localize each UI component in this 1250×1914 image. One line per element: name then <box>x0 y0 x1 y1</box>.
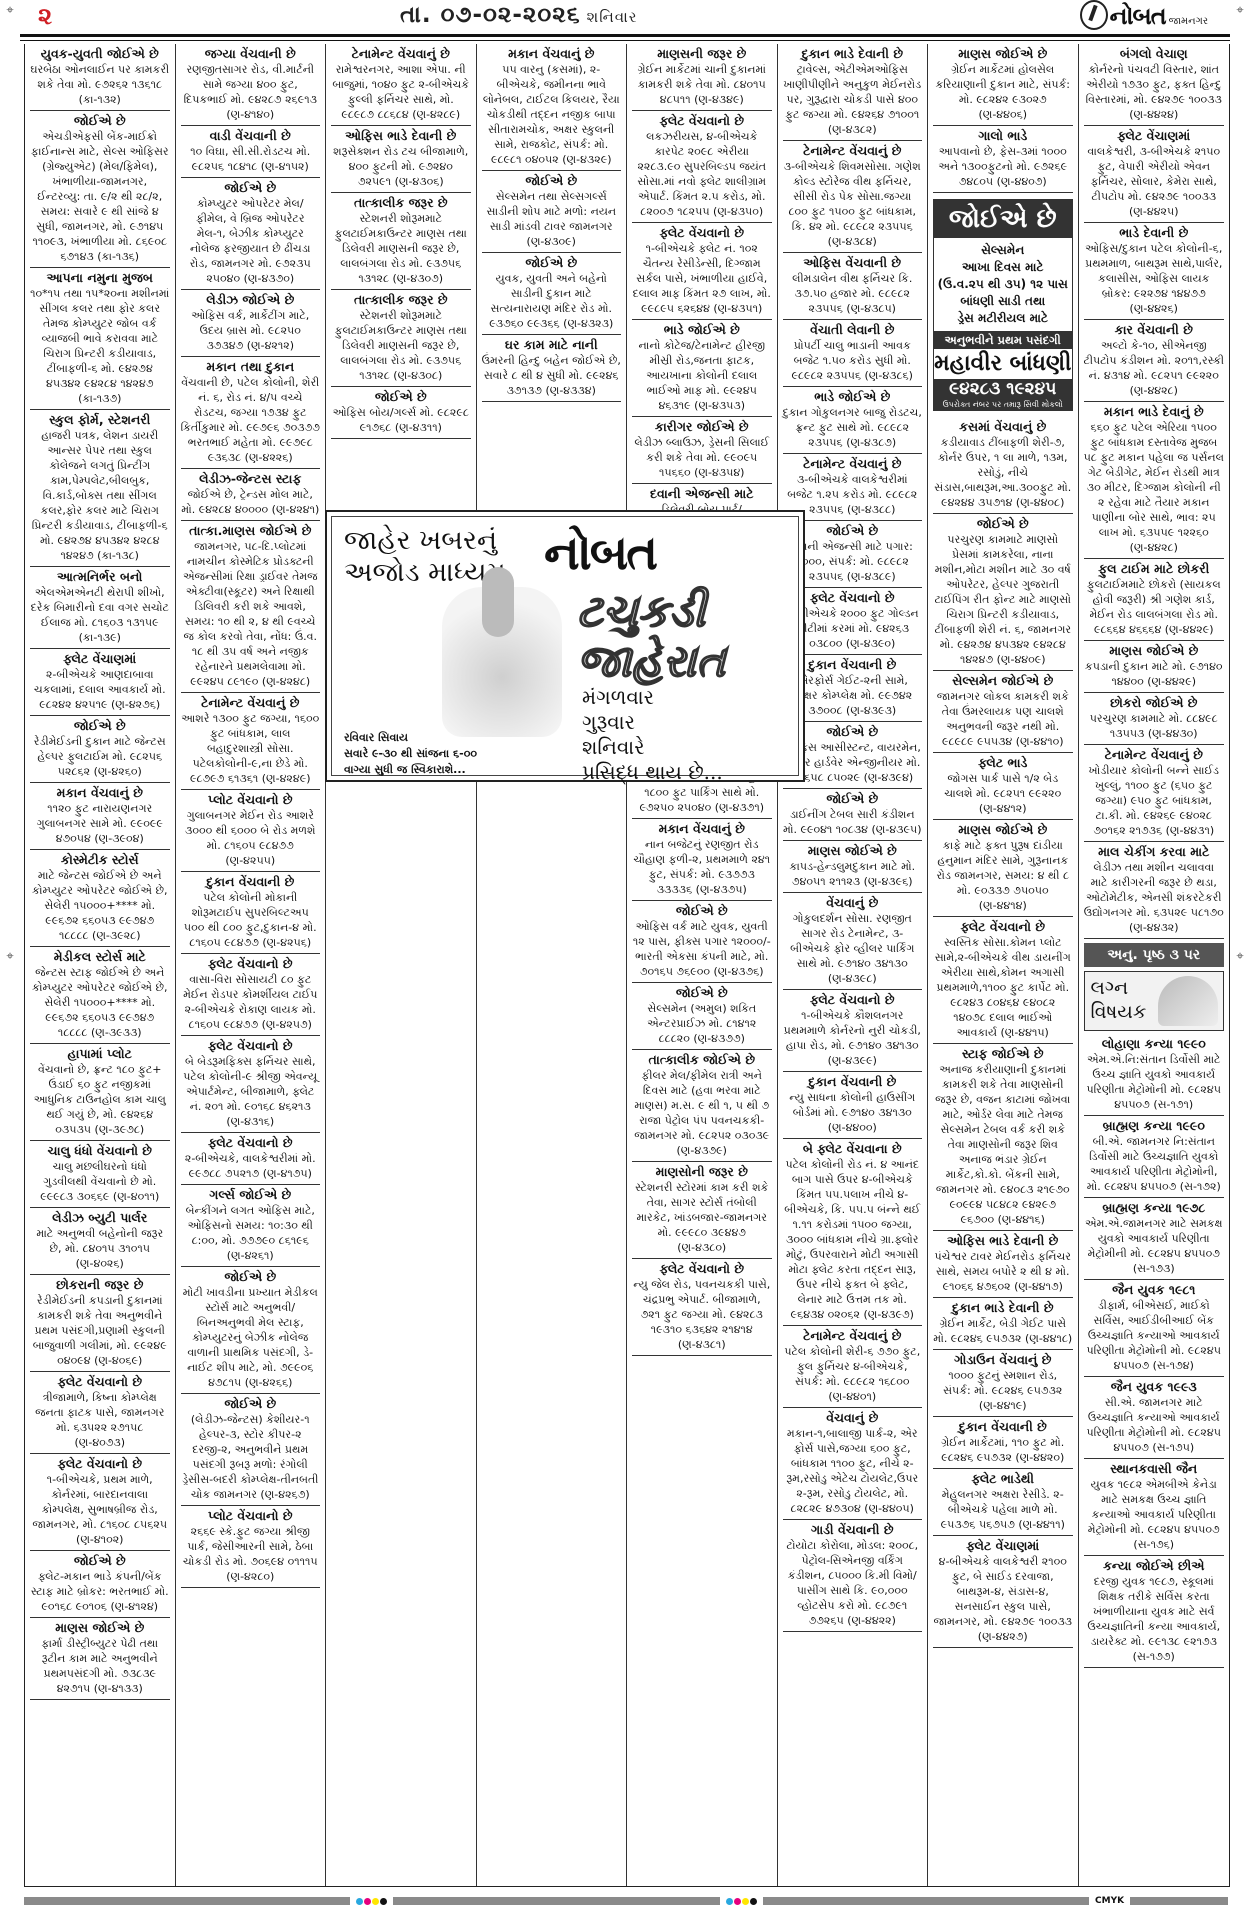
classified-ad: સેલ્સમેન જોઈએ છેજામનગર લોકલ કામકરી શકે ત… <box>933 671 1073 753</box>
classified-ad: જોઈએ છેફ્લેટ-મકાન ભાડે કંપની/બેંક સ્ટાફ … <box>30 1551 170 1618</box>
classified-ad: સ્ટાફ જોઈએ છેઅનાજ કરીયાણાની દુકાનમાં કામ… <box>933 1044 1073 1231</box>
promo-day: પ્રસિદ્ધ થાય છે... <box>582 760 723 785</box>
ad-body: પરચુરણ કામમાટે મો. ૮૮૪૯૮ ૧૩૫૫૩ (ણ-૪૪૩૦) <box>1084 711 1225 741</box>
classified-ad: માણસ જોઈએ છેફાર્મા ડીસ્ટ્રીબ્યુટર પેઢી ત… <box>30 1618 170 1700</box>
ad-title: ફ્લેટ વેંચવાનો છે <box>632 113 772 129</box>
ad-title: વાડી વેંચવાની છે <box>181 128 321 144</box>
ad-title: ફુલ ટાઈમ માટે છોકરી <box>1084 561 1225 577</box>
classified-ad: સ્કુલ ફોર્મ, સ્ટેશનરીહાજરી પત્રક, લેશન ડ… <box>30 410 170 567</box>
classified-ad: ચાલુ ધંધો વેંચવાનો છેચાલુ મછલીઘરનો ધંધો … <box>30 1141 170 1208</box>
box-ad-line: બાંધણી સાડી તથા <box>936 293 1070 310</box>
classified-ad: પ્લોટ વેંચવાનો છેગુલાબનગર મેઈન રોડ આશરે … <box>181 790 321 872</box>
page-number: ૨ <box>38 2 52 30</box>
classified-ad: ટેનામેન્ટ વેંચવાનું છેઆશરે ૧૩૦૦ ફુટ જગ્ય… <box>181 693 321 790</box>
ad-title: ઘર કામ માટે નાની <box>482 337 622 353</box>
ad-body: લેડીઝ બ્લાઉઝ, ડ્રેસની સિલાઈ કરી શકે તેવા… <box>632 435 772 480</box>
classified-ad: માણસ જોઈએ છેકાપડ-હેન્ડલુમદુકાન માટે મો. … <box>783 841 923 893</box>
ad-body: ૧૦૦૦ ફુટનું સ્મશાન રોડ, સંપર્ક: મો. ૯૮૨૪… <box>933 1368 1073 1413</box>
classified-ad: મકાન વેંચવાનું છે૧૧૨૦ ફુટ નારાયણનગર ગુલા… <box>30 783 170 850</box>
ad-body: નાનો કોટેજ/ટેનામેન્ટ હીરજી મીસ્રી રોડ,જન… <box>632 338 772 413</box>
ad-title: ગાડી વેંચવાની છે <box>783 1522 923 1538</box>
ad-title: વેંચવાનું છે <box>783 895 923 911</box>
ad-body: પટેલ કોલોની શેરી-૬ ૭૭૦ ફુટ, ફુલ ફુર્નિચર… <box>783 1344 923 1404</box>
color-bar-segment <box>1130 1897 1228 1905</box>
ad-body: કોમ્પ્યુટર ઓપરેટર મેલ/ ફીમેલ, વે બ્રિજ ઓ… <box>181 196 321 286</box>
ad-body: યુવક, યુવતી અને બહેનો સાડીની દુકાન માટે … <box>482 271 622 331</box>
ad-title: બે ફ્લેટ વેંચવાના છે <box>783 1141 923 1157</box>
classified-ad: ઘર કામ માટે નાનીઉંમરની હિન્દુ બહેન જોઈએ … <box>482 335 622 402</box>
ad-title: તાત્કાલીક જરૂર છે <box>331 292 471 308</box>
classified-ad: કન્યા જોઈએ છીએદરજી યુવક ૧૯૮૭, સ્કૂલમાં શ… <box>1084 1556 1225 1668</box>
box-ad-heading: જોઈએ છે <box>934 200 1072 238</box>
classified-ad: ઓફિસ ભાડે દેવાની છેપંચેશ્વર ટાવર મેઈનરોડ… <box>933 1231 1073 1298</box>
cmyk-dots-icon <box>356 1898 387 1905</box>
ad-title: જોઈએ છે <box>783 791 923 807</box>
ad-body: કોર્નરનો પંચવટી વિસ્તાર, શાંત એરીયો ૧૭૩૦… <box>1084 62 1225 122</box>
ad-body: સેલ્સમેન તથા સેલ્સગર્લ્સ સાડીની શોપ માટે… <box>482 189 622 249</box>
ad-body: ફુલટાઈમમાટે છોકરો (સાયકલ હોવી જરૂરી) શ્ર… <box>1084 577 1225 637</box>
ad-body: હાજરી પત્રક, લેશન ડાયરી આન્સર પેપર તથા સ… <box>30 428 170 563</box>
thumbs-up-icon <box>442 587 562 737</box>
classified-ad: મકાન વેંચવાનું છેનાન બજેટનું રણજીત રોડ ચ… <box>632 819 772 901</box>
ad-body: ટ્રાવેલ્સ, એટીએમઓફિસ ખાણીપીણીને અનુકુળ મ… <box>783 62 923 137</box>
ad-body: એચડીએફસી બેંક-માઈક્રો ફાઈનાન્સ માટે, સેલ… <box>30 129 170 264</box>
ad-body: ઘરબેઠા ઓનલાઈન પર કામકરી શકે તેવા મો. ૯૭૨… <box>30 62 170 107</box>
ad-title: જોઈએ છે <box>30 718 170 734</box>
ad-title: ફ્લેટ વેંચાણમાં <box>1084 128 1225 144</box>
ad-title: મકાન વેંચવાનું છે <box>482 46 622 62</box>
classified-ad: જોઈએ છેઓફિસ બોય/ગર્લ્સ મો. ૯૮૨૯૮ ૯૧૭૬૮ (… <box>331 387 471 439</box>
classified-ad: માણસોની જરૂર છેસ્ટેશનરી સ્ટોરમાં કામ કરી… <box>632 1162 772 1259</box>
ad-body: ખોડીયાર કોલોની બન્ને સાઈડ ખુલ્લું, ૧૧૦૦ … <box>1084 763 1225 838</box>
ad-body: ૧૧૨૦ ફુટ નારાયણનગર ગુલાબનગર સામે મો. ૯૯૦… <box>30 801 170 846</box>
ad-body: ડાઈનીંગ ટેબલ સારી કંડીશન મો. ૯૯૦૪૧ ૧૦૮૩૪… <box>783 807 923 837</box>
classified-ad: હાપામાં પ્લોટવેંચવાનો છે, ફ્રન્ટ ૧૮૦ ફુટ… <box>30 1044 170 1141</box>
ad-body: વેંચવાનો છે, ફ્રન્ટ ૧૮૦ ફુટ+ ઉંડાઈ ૬૦ ફુ… <box>30 1062 170 1137</box>
ad-body: ૨-બીએચકે, વાલકેશ્વરીમાં મો. ૯૯૭૮૮ ૭૫૨૧૭ … <box>181 1151 321 1181</box>
ad-body: મકાન-૧,બાલાજી પાર્ક-૨, એર ફોર્સ પાસે,જગ્… <box>783 1426 923 1516</box>
classified-ad: તાત્કાલીક જોઈએ છેફીલર મેલ/ફીમેલ રાત્રી અ… <box>632 1050 772 1162</box>
banner-line: લગ્ન <box>1091 976 1147 1000</box>
ad-title: જોઈએ છે <box>181 180 321 196</box>
ad-title: ફ્લેટ વેંચવાનો છે <box>30 1374 170 1390</box>
promo-note-line: રવિવાર સિવાય <box>344 730 477 746</box>
ad-body: અનાજ કરીયાણાની દુકાનમાં કામકરી શકે તેવા … <box>933 1062 1073 1227</box>
ad-title: ફ્લેટ વેંચવાનો છે <box>30 1456 170 1472</box>
classified-ad: આત્મનિર્ભર બનોએલએમએનટી થેરાપી શીખો, દરેક… <box>30 567 170 649</box>
ad-title: માણસ જોઈએ છે <box>30 1620 170 1636</box>
ad-body: જોઈએ છે, ટ્રેન્ડસ મોલ માટે, મો. ૯૪૨૮૪ ૪૦… <box>181 487 321 517</box>
ad-title: લોહાણા કન્યા ૧૯૯૦ <box>1084 1036 1225 1052</box>
ad-body: સ્વસ્તિક સોસા.કોમન પ્લોટ સામે,૨-બીએચકે વ… <box>933 935 1073 1040</box>
ad-body: ૫૫ વારનુ (કસમાં), ૨-બીએચકે, જમીનના ભાવે … <box>482 62 622 167</box>
registration-mark-icon: ⌖ <box>3 4 17 18</box>
ad-body: ફીલર મેલ/ફીમેલ રાત્રી અને દિવસ માટે (હવા… <box>632 1068 772 1158</box>
classified-ad: ભાડે જોઈએ છેદુકાન ગોકુલનગર બાજુ રોડટચ, ફ… <box>783 387 923 454</box>
ad-body: ૩-બીએચકે શિવમસોસા. ગણેશ કોલ્ડ સ્ટોરેજ વી… <box>783 159 923 249</box>
weekday: શનિવાર <box>587 8 638 26</box>
promo-day: મંગળવાર <box>582 685 723 710</box>
classified-ad: લેડીઝ બ્યુટી પાર્લરમાટે અનુભવી બહેનોની જ… <box>30 1208 170 1275</box>
ad-body: પંચેશ્વર ટાવર મેઈનરોડ ફર્નિચર સાથે, સમય … <box>933 1249 1073 1294</box>
ad-body: ૧-બીએચકે, પ્રથમ માળે, કોર્નરમાં, બારદાનવ… <box>30 1472 170 1547</box>
column-5: માણસની જરૂર છેગ્રેઈન માર્કેટમાં ચાની દુક… <box>627 44 778 1886</box>
ad-body: પરચુરણ કામમાટે માણસો પ્રેસમાં કામકરેલા, … <box>933 532 1073 667</box>
ad-body: ૧-બીએચકે ફ્લેટ નં. ૧૦૨ ચૈતન્ય રેસીડેન્સી… <box>632 241 772 316</box>
ad-body: ન્યુ સાધના કોલોની હાઉસીંગ બોર્ડમાં મો. ૯… <box>783 1090 923 1135</box>
classified-ad: ફ્લેટ વેંચવાનો છેન્યુ જેલ રોડ, પવનચકકી પ… <box>632 1259 772 1356</box>
ad-title: જોઈએ છે <box>482 255 622 271</box>
classified-ad: દુકાન વેંચવાની છેન્યુ સાધના કોલોની હાઉસી… <box>783 1072 923 1139</box>
ad-body: કડીયાવાડ ટીંબાફળી શેરી-૭, કોર્નર ઉપર, ૧ … <box>933 435 1073 510</box>
ad-title: તાત્કાલીક જોઈએ છે <box>632 1052 772 1068</box>
classified-ad: માલ ચેકીંગ કરવા માટેલેડીઝ તથા મશીન ચલાવવ… <box>1084 842 1225 939</box>
classified-ad: જોઈએ છેએચડીએફસી બેંક-માઈક્રો ફાઈનાન્સ મા… <box>30 111 170 268</box>
ad-title: કાર વેંચવાની છે <box>1084 322 1225 338</box>
classified-ad: ફ્લેટ વેંચવાનો છેબે બેડરૂમફિક્સ ફર્નિચર … <box>181 1036 321 1133</box>
cmyk-label: CMYK <box>1095 1896 1124 1906</box>
box-ad-line: આખા દિવસ માટે <box>936 259 1070 276</box>
classified-ad: જોઈએ છેકોમ્પ્યુટર ઓપરેટર મેલ/ ફીમેલ, વે … <box>181 178 321 290</box>
classified-ad: ટેનામેન્ટ વેંચવાનું છેરામેશ્વરનગર, આશા એ… <box>331 44 471 126</box>
registration-mark-icon: ⌖ <box>1233 4 1247 18</box>
promo-day: ગુરૂવાર <box>582 710 723 735</box>
ad-body: બી.એ. જામનગર નિ:સંતાન ડિર્વોસી માટે ઉચ્ચ… <box>1084 1134 1225 1194</box>
ad-title: ટેનામેન્ટ વેંચવાનું છે <box>783 456 923 472</box>
ad-title: ફ્લેટ ભાડેથી <box>933 1471 1073 1487</box>
ad-body: દુકાન ગોકુલનગર બાજુ રોડટચ, ફ્રન્ટ ફુટ સા… <box>783 405 923 450</box>
classified-ad: લેડીઝ જોઈએ છેઓફિસ વર્ક, માર્કેટીંગ માટે,… <box>181 290 321 357</box>
ad-body: દરજી યુવક ૧૯૮૭, સ્કૂલમાં શિક્ષક તરીકે સર… <box>1084 1574 1225 1664</box>
ad-title: ભાડે દેવાની છે <box>1084 225 1225 241</box>
ad-body: જામનગર લોકલ કામકરી શકે તેવા ઉંમરલાયક પણ … <box>933 689 1073 749</box>
ad-title: પ્લોટ વેંચવાનો છે <box>181 1508 321 1524</box>
ad-title: કારીગર જોઈએ છે <box>632 419 772 435</box>
box-ad-line: સેલ્સમેન <box>936 242 1070 259</box>
ad-title: કસમાં વેંચવાનું છે <box>933 419 1073 435</box>
ad-title: જોઈએ છે <box>181 1396 321 1412</box>
promo-title: ટચુકડીજાહેરાત <box>577 587 725 687</box>
ad-title: ચાલુ ધંધો વેંચવાનો છે <box>30 1143 170 1159</box>
ad-body: કાફે માટે ફક્ત પુરૂષ દાંડીયા હનુમાન મંદિ… <box>933 838 1073 913</box>
ad-title: ઓફિસ ભાડે દેવાની છે <box>331 128 471 144</box>
classified-ad: જોઈએ છેમોટી ખાવડીના પ્રખ્યાત મેડીકલ સ્ટો… <box>181 1267 321 1394</box>
ad-title: જોઈએ છે <box>632 985 772 1001</box>
ad-body: ગ્રેઈન માર્કેટમાં ચાની દુકાનમાં કામકરી શ… <box>632 62 772 107</box>
ad-title: ફ્લેટ વેંચવાનો છે <box>632 1261 772 1277</box>
ad-title: ગર્લ્સ જોઈએ છે <box>181 1187 321 1203</box>
ad-title: લેડીઝ-જેન્ટસ સ્ટાફ <box>181 471 321 487</box>
ad-body: ગોકુલદર્શન સોસા. રણજીત સાગર રોડ ટેનામેન્… <box>783 911 923 986</box>
ad-body: પ્રોપર્ટી ચાલુ ભાડાની આવક બજેટ ૧.૫૦ કરોડ… <box>783 338 923 383</box>
ad-title: જોઈએ છે <box>181 1269 321 1285</box>
ad-body: વાસા-વિરા સોસાયટી ૮૦ ફુટ મેઈન રોડપર કોમર… <box>181 972 321 1032</box>
newspaper-logo: નોબત જામનગર <box>1080 0 1208 30</box>
ad-title: સ્થાનકવાસી જૈન <box>1084 1461 1225 1477</box>
classified-ad: જોઈએ છેસેલ્સમેન (અમુલ) શકિત એન્ટરપ્રાઈઝ … <box>632 983 772 1050</box>
box-ad-line: ડ્રેસ મટીરીયલ માટે <box>936 310 1070 327</box>
classified-ad: બ્રાહ્મણ કન્યા ૧૯૯૦બી.એ. જામનગર નિ:સંતાન… <box>1084 1116 1225 1198</box>
ad-title: તાત્કા.માણસ જોઈએ છે <box>181 523 321 539</box>
classified-ad: દુકાન ભાડે દેવાની છેટ્રાવેલ્સ, એટીએમઓફિસ… <box>783 44 923 141</box>
ad-title: બ્રાહ્મણ કન્યા ૧૯૯૦ <box>1084 1118 1225 1134</box>
classified-ad: તાત્કાલીક જરૂર છેસ્ટેશનરી શોરૂમમાટે ફુલટ… <box>331 193 471 290</box>
ad-title: ભાડે જોઈએ છે <box>783 389 923 405</box>
ad-title: ફ્લેટ વેંચવાનો છે <box>632 225 772 241</box>
classified-ad: છોકરાની જરૂર છેરેડીમેઈડની કપડાની દુકાનમા… <box>30 1275 170 1372</box>
ad-body: બેન્કીંગને લગત ઓફિસ માટે, ઓફિસનો સમય: ૧૦… <box>181 1203 321 1263</box>
ad-body: ન્યુ જેલ રોડ, પવનચકકી પાસે, ચંદ્રપ્રભુ એ… <box>632 1277 772 1352</box>
classifieds-grid: યુવક-યુવતી જોઈએ છેઘરબેઠા ઓનલાઈન પર કામકર… <box>24 44 1230 1887</box>
promo-title-line: જાહેરાત <box>577 637 725 687</box>
column-4: મકાન વેંચવાનું છે૫૫ વારનુ (કસમાં), ૨-બીએ… <box>477 44 628 1886</box>
ad-title: સ્કુલ ફોર્મ, સ્ટેશનરી <box>30 412 170 428</box>
ad-title: જૈન યુવક ૧૯૮૧ <box>1084 1282 1225 1298</box>
ad-body: ગ્રેઈન માર્કેટમાં હોલસેલ કરિયાણાની દુકાન… <box>933 62 1073 122</box>
ad-title: માણસ જોઈએ છે <box>933 46 1073 62</box>
ad-body: રેડીમેઈડની કપડાની દુકાનમાં કામકરી શકે તે… <box>30 1293 170 1368</box>
classified-ad: ભાડે દેવાની છેઓફિસ/દુકાન પટેલ કોલોની-૬, … <box>1084 223 1225 320</box>
ad-body: ૬૬૦ ફુટ પટેલ એરિયા ૧૫૦૦ ફુટ બાંધકામ દસ્ત… <box>1084 420 1225 555</box>
ad-title: દુકાન વેંચવાની છે <box>933 1419 1073 1435</box>
classified-ad: વેંચવાનું છેમકાન-૧,બાલાજી પાર્ક-૨, એર ફો… <box>783 1408 923 1520</box>
column-7-top-ads: માણસ જોઈએ છેગ્રેઈન માર્કેટમાં હોલસેલ કરિ… <box>933 44 1073 193</box>
classified-ad: ગાડી વેંચવાની છેટોયોટા કોરોલા, મોડલ: ૨૦૦… <box>783 1520 923 1632</box>
classified-ad: માણસ જોઈએ છેકાફે માટે ફક્ત પુરૂષ દાંડીયા… <box>933 820 1073 917</box>
classified-ad: ફ્લેટ વેંચવાનો છેસ્વસ્તિક સોસા.કોમન પ્લો… <box>933 917 1073 1044</box>
ad-body: ઓફિસ વર્ક માટે યુવક, યુવતી ૧૨ પાસ, ફીક્સ… <box>632 919 772 979</box>
ad-body: એમ.એ.જામનગર માટે સમકક્ષ યુવકો આવકાર્ય પર… <box>1084 1216 1225 1276</box>
ad-body: સી.એ. જામનગર માટે ઉચ્ચજ્ઞાતિ કન્યાઓ આવકા… <box>1084 1395 1225 1455</box>
ad-title: મેડીકલ સ્ટોર્સ માટે <box>30 949 170 965</box>
ad-title: વેંચવાનું છે <box>783 1410 923 1426</box>
ad-body: (લેડીઝ-જેન્ટસ) કેશીયર-૧ હેલ્પર-૩, સ્ટોર … <box>181 1412 321 1502</box>
promo-day: શનિવારે <box>582 735 723 760</box>
classified-ad: પ્લોટ વેંચવાનો છે૨૬૬૯ સ્કે.ફુટ જગ્યા શ્ર… <box>181 1506 321 1588</box>
ad-title: માણસની જરૂર છે <box>632 46 772 62</box>
classified-ad: દુકાન વેંચવાની છેગ્રેઈન માર્કેટમાં, ૧૧૦ … <box>933 1417 1073 1469</box>
print-color-bar: CMYK <box>24 1896 1228 1906</box>
ad-title: દુકાન ભાડે દેવાની છે <box>783 46 923 62</box>
classified-ad: ફ્લેટ વેંચવાનો છે૧-બીએચકે ફ્લેટ નં. ૧૦૨ … <box>632 223 772 320</box>
color-bar-segment <box>763 1897 1089 1905</box>
column-3: ટેનામેન્ટ વેંચવાનું છેરામેશ્વરનગર, આશા એ… <box>326 44 477 1886</box>
ad-title: યુવક-યુવતી જોઈએ છે <box>30 46 170 62</box>
ad-body: સ્ટેશનરી શોરૂમમાટે ફુલટાઈમકાઉન્ટર માણસ ત… <box>331 308 471 383</box>
classified-ad: બે ફ્લેટ વેંચવાના છેપટેલ કોલોની રોડ નં. … <box>783 1139 923 1326</box>
ad-body: શરૂસેક્શન રોડ ટચ બીજામાળે, ૪૦૦ ફુટની મો.… <box>331 144 471 189</box>
ad-title: આપના નમુના મુજબ <box>30 270 170 286</box>
header-rule <box>20 34 1230 37</box>
ad-title: મકાન તથા દુકાન <box>181 359 321 375</box>
classified-ad: ગર્લ્સ જોઈએ છેબેન્કીંગને લગત ઓફિસ માટે, … <box>181 1185 321 1267</box>
classified-ad: સ્થાનકવાસી જૈનયુવક ૧૯૮૨ એમબીએ કેનેડા માટ… <box>1084 1459 1225 1556</box>
classified-ad: ટેનામેન્ટ વેંચવાનું છેખોડીયાર કોલોની બન્… <box>1084 745 1225 842</box>
promo-box-tuchkdi-jaherat: જાહેર ખબરનુંઅજોડ માધ્યમ નોબત ટચુકડીજાહેર… <box>325 510 805 782</box>
ad-body: ઓફિસ/દુકાન પટેલ કોલોની-૬, પ્રથમમાળ, બાથર… <box>1084 241 1225 316</box>
column-1: યુવક-યુવતી જોઈએ છેઘરબેઠા ઓનલાઈન પર કામકર… <box>25 44 176 1886</box>
classified-ad: બ્રાહ્મણ કન્યા ૧૯૭૮એમ.એ.જામનગર માટે સમકક… <box>1084 1198 1225 1280</box>
classified-ad: ભાડે જોઈએ છેનાનો કોટેજ/ટેનામેન્ટ હીરજી મ… <box>632 320 772 417</box>
classified-ad: છોકરો જોઈએ છેપરચુરણ કામમાટે મો. ૮૮૪૯૮ ૧૩… <box>1084 693 1225 745</box>
classified-ad: મકાન વેંચવાનું છે૫૫ વારનુ (કસમાં), ૨-બીએ… <box>482 44 622 171</box>
classified-ad: વેંચવાનું છેગોકુલદર્શન સોસા. રણજીત સાગર … <box>783 893 923 990</box>
ad-body: મોટી ખાવડીના પ્રખ્યાત મેડીકલ સ્ટોર્સ માટ… <box>181 1285 321 1390</box>
couple-illustration-icon <box>1158 976 1218 1026</box>
classified-ad: ગાલો ભાડેઆપવાનો છે, ફેસ-૩માં ૧૦૦૦ અને ૧૩… <box>933 126 1073 193</box>
ad-title: ફ્લેટ વેંચવાનો છે <box>181 1135 321 1151</box>
ad-title: કન્યા જોઈએ છીએ <box>1084 1558 1225 1574</box>
date: તા. ૦૭-૦૨-૨૦૨૬ <box>400 2 581 28</box>
ad-title: ફ્લેટ વેંચવાનો છે <box>933 919 1073 935</box>
box-ad-phone: ૯૪૨૮૩ ૧૯૨૪૫ <box>934 379 1072 399</box>
classified-ad: ઓફિસ ભાડે દેવાની છેશરૂસેક્શન રોડ ટચ બીજા… <box>331 126 471 193</box>
ad-body: કપડાની દુકાન માટે મો. ૯૭૧૪૦ ૧૪૪૦૦ (ણ-૪૪૨… <box>1084 659 1225 689</box>
ad-body: ચાલુ મછલીઘરનો ધંધો ગુડવીલથી વેંચવાનો છે … <box>30 1159 170 1204</box>
ad-title: લેડીઝ બ્યુટી પાર્લર <box>30 1210 170 1226</box>
ad-body: સેલ્સમેન (અમુલ) શકિત એન્ટરપ્રાઈઝ મો. ૮૧૪… <box>632 1001 772 1046</box>
column-7: માણસ જોઈએ છેગ્રેઈન માર્કેટમાં હોલસેલ કરિ… <box>928 44 1079 1886</box>
ad-title: જોઈએ છે <box>482 173 622 189</box>
classified-ad: વાડી વેંચવાની છે૧૦ વિઘા, સી.સી.રોડટચ મો.… <box>181 126 321 178</box>
header-rule-thin <box>20 40 1230 41</box>
ad-body: નાન બજેટનું રણજીત રોડ ચૌહાણ ફળી-૨, પ્રથમ… <box>632 837 772 897</box>
classified-ad: લેડીઝ-જેન્ટસ સ્ટાફજોઈએ છે, ટ્રેન્ડસ મોલ … <box>181 469 321 521</box>
column-7-ads: કસમાં વેંચવાનું છેકડીયાવાડ ટીંબાફળી શેરી… <box>933 417 1073 1648</box>
ad-title: કોસ્મેટીક સ્ટોર્સ <box>30 852 170 868</box>
ad-body: ગુલાબનગર મેઈન રોડ આશરે ૩૦૦૦ થી ૬૦૦૦ બે ર… <box>181 808 321 868</box>
ad-title: ટેનામેન્ટ વેંચવાનું છે <box>331 46 471 62</box>
ad-body: ૧૦*૧૫ તથા ૧૫*૨૦ના મશીનમાં સીંગલ કલર તથા … <box>30 286 170 406</box>
ad-body: ૧-બીએચકે કૌશલનગર પ્રથમમાળે કોર્નરનો નુરી… <box>783 1008 923 1068</box>
column-8: બંગલો વેચાણકોર્નરનો પંચવટી વિસ્તાર, શાંત… <box>1079 44 1230 1886</box>
ad-title: મકાન વેંચવાનું છે <box>30 785 170 801</box>
ad-title: ફ્લેટ વેંચાણમાં <box>933 1538 1073 1554</box>
color-bar-segment <box>393 1897 719 1905</box>
ad-title: ટેનામેન્ટ વેંચવાનું છે <box>783 143 923 159</box>
classified-ad: ફ્લેટ વેંચવાનો છે૧-બીએચકે કૌશલનગર પ્રથમમ… <box>783 990 923 1072</box>
registration-mark-icon: ⌖ <box>3 950 17 964</box>
drummer-logo-icon <box>1080 0 1108 30</box>
classified-ad: બંગલો વેચાણકોર્નરનો પંચવટી વિસ્તાર, શાંત… <box>1084 44 1225 126</box>
ad-title: ગોડાઉન વેંચવાનું છે <box>933 1352 1073 1368</box>
ad-title: લેડીઝ જોઈએ છે <box>181 292 321 308</box>
ad-title: ભાડે જોઈએ છે <box>632 322 772 338</box>
classified-ad: ફ્લેટ વેંચાણમાંવાલકેશ્વરી, ૩-બીએચકે ૨૧૫૦… <box>1084 126 1225 223</box>
ad-body: લકઝરીયસ, ૪-બીએચકે કારપેટ ૨૦૯૮ એરીયા ૨૨૮૩… <box>632 129 772 219</box>
classified-ad: ફ્લેટ વેંચવાનો છે૧-બીએચકે, પ્રથમ માળે, ક… <box>30 1454 170 1551</box>
page-header: ૨ તા. ૦૭-૦૨-૨૦૨૬શનિવાર નોબત જામનગર <box>38 0 1228 34</box>
classified-ad: આપના નમુના મુજબ૧૦*૧૫ તથા ૧૫*૨૦ના મશીનમાં… <box>30 268 170 410</box>
ad-title: સ્ટાફ જોઈએ છે <box>933 1046 1073 1062</box>
classified-ad: ફ્લેટ વેંચાણમાં૨-બીએચકે આણદાબાવા ચકલામાં… <box>30 649 170 716</box>
registration-mark-icon: ⌖ <box>1233 950 1247 964</box>
classified-ad: લોહાણા કન્યા ૧૯૯૦એમ.એ.નિ:સંતાન ડિર્વોસી … <box>1084 1034 1225 1116</box>
classified-ad: ગોડાઉન વેંચવાનું છે૧૦૦૦ ફુટનું સ્મશાન રો… <box>933 1350 1073 1417</box>
ad-title: હાપામાં પ્લોટ <box>30 1046 170 1062</box>
ad-title: માણસોની જરૂર છે <box>632 1164 772 1180</box>
ad-title: પ્લોટ વેંચવાનો છે <box>181 792 321 808</box>
ad-body: ૨-બીએચકે આણદાબાવા ચકલામાં, દલાલ આવકાર્ય … <box>30 667 170 712</box>
promo-note-line: વાગ્યા સુધી જ સ્વિકારાશે... <box>344 762 477 778</box>
classified-ad: ફ્લેટ વેંચવાનો છેત્રીજામાળે, કિષ્ના કોમ્… <box>30 1372 170 1454</box>
classified-ad: માણસ જોઈએ છેકપડાની દુકાન માટે મો. ૯૭૧૪૦ … <box>1084 641 1225 693</box>
ad-title: ઓફિસ ભાડે દેવાની છે <box>933 1233 1073 1249</box>
classified-ad: કોસ્મેટીક સ્ટોર્સમાટે જેન્ટસ જોઈએ છે અને… <box>30 850 170 947</box>
ad-title: ફ્લેટ વેંચવાનો છે <box>783 992 923 1008</box>
ad-body: સ્ટેશનરી શોરૂમમાટે ફુલટાઈમકાઉન્ટર માણસ ત… <box>331 211 471 286</box>
promo-note: રવિવાર સિવાય સવારે ૯-૩૦ થી સાંજના ૬-૦૦ વ… <box>344 730 477 778</box>
ad-body: આપવાનો છે, ફેસ-૩માં ૧૦૦૦ અને ૧૩૦૦ફુટનો મ… <box>933 144 1073 189</box>
classified-ad: જોઈએ છેયુવક, યુવતી અને બહેનો સાડીની દુકા… <box>482 253 622 335</box>
ad-body: માટે જેન્ટસ જોઈએ છે અને કોમ્પ્યુટર ઓપરેટ… <box>30 868 170 943</box>
ad-body: રેડીમેઈડની દુકાન માટે જેન્ટસ હેલ્પર ફુલટ… <box>30 734 170 779</box>
ad-title: ફ્લેટ વેંચાણમાં <box>30 651 170 667</box>
ad-body: ૧૦ વિઘા, સી.સી.રોડટચ મો. ૯૮૨૫૬ ૧૮૪૧૮ (ણ-… <box>181 144 321 174</box>
ad-body: ઉંમરની હિન્દુ બહેન જોઈએ છે, સવારે ૮ થી ૪… <box>482 353 622 398</box>
matrimonial-banner-title: લગ્નવિષયક <box>1091 976 1147 1024</box>
ad-body: જામનગર, ૫૮-દિ.પ્લોટમાં નામચીન કોસ્મેટિક … <box>181 539 321 689</box>
dateline: તા. ૦૭-૦૨-૨૦૨૬શનિવાર <box>400 2 638 28</box>
classified-ad: જૈન યુવક ૧૯૯૩સી.એ. જામનગર માટે ઉચ્ચજ્ઞાત… <box>1084 1377 1225 1459</box>
ad-body: રામેશ્વરનગર, આશા એપા. ની બાજુમાં, ૧૦૪૦ ફ… <box>331 62 471 122</box>
ad-title: ટેનામેન્ટ વેંચવાનું છે <box>1084 747 1225 763</box>
box-ad-line: (ઉ.વ.૨૫ થી ૩૫) ૧૨ પાસ <box>936 276 1070 293</box>
classified-ad: જોઈએ છેડાઈનીંગ ટેબલ સારી કંડીશન મો. ૯૯૦૪… <box>783 789 923 841</box>
ad-title: આત્મનિર્ભર બનો <box>30 569 170 585</box>
promo-note-line: સવારે ૯-૩૦ થી સાંજના ૬-૦૦ <box>344 746 477 762</box>
ad-title: દવાની એજન્સી માટે <box>632 486 772 502</box>
classified-ad: જોઈએ છેઓફિસ વર્ક માટે યુવક, યુવતી ૧૨ પાસ… <box>632 901 772 983</box>
ad-body: ગ્રેઈન માર્કેટ, બેડી ગેઈટ પાસે મો. ૯૮૨૪૬… <box>933 1316 1073 1346</box>
ad-title: ફ્લેટ ભાડે <box>933 755 1073 771</box>
ad-body: જેન્ટસ સ્ટાફ જોઈએ છે અને કોમ્પ્યુટર ઓપરે… <box>30 965 170 1040</box>
classified-ad: ફ્લેટ વેંચાણમાં૪-બીએચકે વાલકેશ્વરી ૨૧૦૦ … <box>933 1536 1073 1648</box>
box-ad-body: સેલ્સમેન આખા દિવસ માટે (ઉ.વ.૨૫ થી ૩૫) ૧૨… <box>934 238 1072 331</box>
classified-ad: ટેનામેન્ટ વેંચવાનું છે૩-બીએચકે શિવમસોસા.… <box>783 141 923 253</box>
ad-title: માલ ચેકીંગ કરવા માટે <box>1084 844 1225 860</box>
ad-body: બે બેડરૂમફિક્સ ફર્નિચર સાથે, પટેલ કોલોની… <box>181 1054 321 1129</box>
logo-name: નોબત <box>1110 2 1166 30</box>
classified-ad: દુકાન વેંચવાની છેપટેલ કોલોની મોકાની શોરૂ… <box>181 872 321 954</box>
ad-title: જગ્યા વેંચવાની છે <box>181 46 321 62</box>
classified-ad: જગ્યા વેંચવાની છેરણજીતસાગર રોડ, વી.માર્ટ… <box>181 44 321 126</box>
ad-body: ત્રીજામાળે, કિષ્ના કોમ્પ્લેક્ષ જનતા ફાટક… <box>30 1390 170 1450</box>
ad-body: ટોયોટા કોરોલા, મોડલ: ૨૦૦૮, પેટ્રોલ-સિએનજ… <box>783 1538 923 1628</box>
ad-title: જોઈએ છે <box>933 516 1073 532</box>
classified-ad: મકાન તથા દુકાનવેંચવાની છે, પટેલ કોલોની, … <box>181 357 321 469</box>
matrimonial-ads: લોહાણા કન્યા ૧૯૯૦એમ.એ.નિ:સંતાન ડિર્વોસી … <box>1084 1034 1225 1668</box>
ad-title: છોકરો જોઈએ છે <box>1084 695 1225 711</box>
ad-title: ટેનામેન્ટ વેંચવાનું છે <box>181 695 321 711</box>
ad-body: ફ્લેટ-મકાન ભાડે કંપની/બેંક સ્ટાફ માટે બ્… <box>30 1569 170 1614</box>
ad-body: રણજીતસાગર રોડ, વી.માર્ટની સામે જગ્યા ૪૦૦… <box>181 62 321 122</box>
box-ad-sub: અનુભવીને પ્રથમ પસંદગી <box>934 331 1072 349</box>
ad-title: દુકાન વેંચવાની છે <box>783 1074 923 1090</box>
ad-body: ઓફિસ બોય/ગર્લ્સ મો. ૯૮૨૯૮ ૯૧૭૬૮ (ણ-૪૩૧૧) <box>331 405 471 435</box>
ad-body: અલ્ટો કે-૧૦, સીએનજી ટીપટોપ કંડીશન મો. ૨૦… <box>1084 338 1225 398</box>
ad-title: વેંચાતી લેવાની છે <box>783 322 923 338</box>
ad-title: દુકાન ભાડે દેવાની છે <box>933 1300 1073 1316</box>
ad-title: છોકરાની જરૂર છે <box>30 1277 170 1293</box>
ad-body: ગ્રેઈન માર્કેટમાં, ૧૧૦ ફુટ મો. ૯૮૨૪૬ ૯૫૭… <box>933 1435 1073 1465</box>
promo-headline-line: જાહેર ખબરનું <box>344 525 506 557</box>
classified-ad: ફ્લેટ વેંચવાનો છે૨-બીએચકે, વાલકેશ્વરીમાં… <box>181 1133 321 1185</box>
ad-body: સ્ટેશનરી સ્ટોરમાં કામ કરી શકે તેવા, સાગર… <box>632 1180 772 1255</box>
ad-title: ટેનામેન્ટ વેંચવાનું છે <box>783 1328 923 1344</box>
promo-brand: નોબત <box>544 525 656 582</box>
ad-body: વાલકેશ્વરી, ૩-બીએચકે ૨૧૫૦ ફુટ, વેપારી એર… <box>1084 144 1225 219</box>
